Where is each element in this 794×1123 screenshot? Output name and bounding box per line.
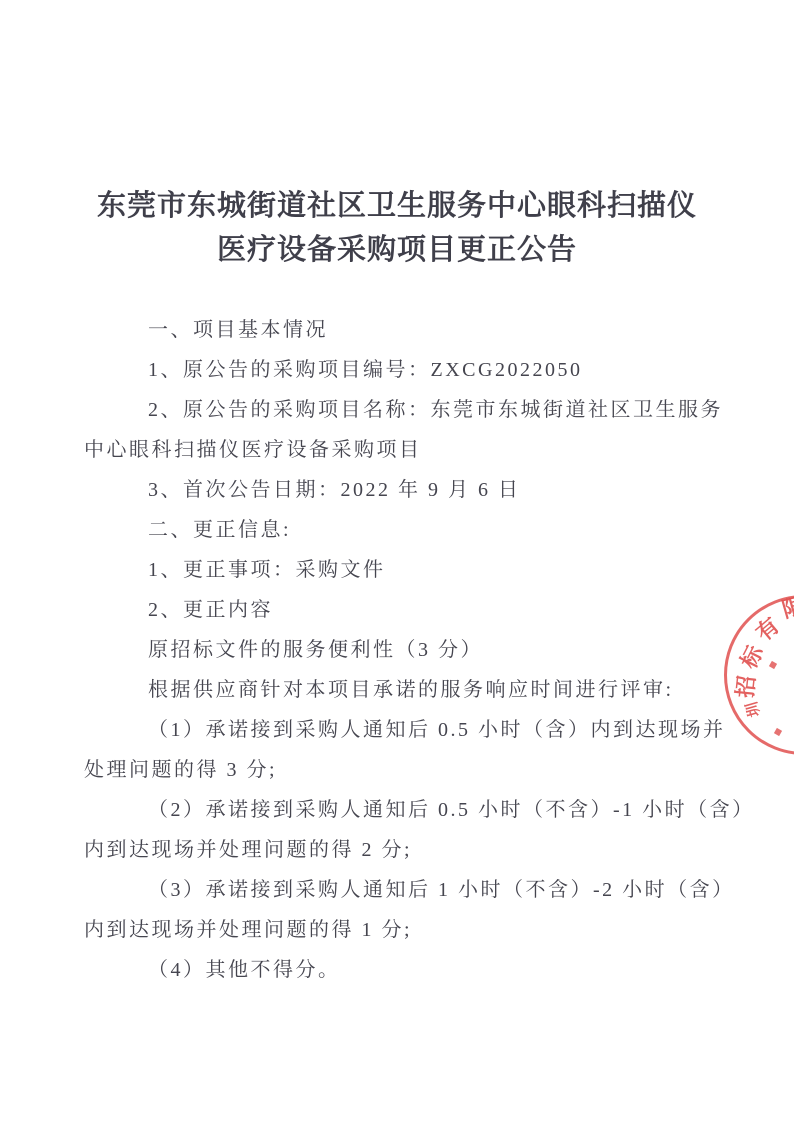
document-line: （3）承诺接到采购人通知后 1 小时（不含）-2 小时（含） (84, 870, 718, 910)
document-body: 一、项目基本情况1、原公告的采购项目编号：ZXCG20220502、原公告的采购… (84, 310, 718, 990)
document-line: 2、原公告的采购项目名称：东莞市东城街道社区卫生服务 (84, 390, 718, 430)
page-title-line-1: 东莞市东城街道社区卫生服务中心眼科扫描仪 (0, 184, 794, 228)
seal-star-fragment (769, 661, 777, 669)
document-line: 3、首次公告日期：2022 年 9 月 6 日 (84, 470, 718, 510)
seal-character: 圳 (740, 699, 764, 719)
seal-character: 有 (749, 610, 786, 648)
document-line: 处理问题的得 3 分; (84, 750, 718, 790)
document-line: 二、更正信息: (84, 510, 718, 550)
document-line: 2、更正内容 (84, 590, 718, 630)
page-title-line-2: 医疗设备采购项目更正公告 (0, 228, 794, 272)
document-line: 中心眼科扫描仪医疗设备采购项目 (84, 430, 718, 470)
document-line: （2）承诺接到采购人通知后 0.5 小时（不含）-1 小时（含） (84, 790, 718, 830)
document-line: （1）承诺接到采购人通知后 0.5 小时（含）内到达现场并 (84, 710, 718, 750)
seal-character: 限 (778, 589, 794, 625)
document-line: （4）其他不得分。 (84, 950, 718, 990)
document-line: 根据供应商针对本项目承诺的服务响应时间进行评审: (84, 670, 718, 710)
document-line: 一、项目基本情况 (84, 310, 718, 350)
document-page: 东莞市东城街道社区卫生服务中心眼科扫描仪 医疗设备采购项目更正公告 一、项目基本… (0, 0, 794, 1123)
page-title: 东莞市东城街道社区卫生服务中心眼科扫描仪 医疗设备采购项目更正公告 (0, 184, 794, 272)
seal-character: 标 (732, 640, 770, 674)
seal-star-fragment (774, 728, 782, 736)
document-line: 原招标文件的服务便利性（3 分） (84, 630, 718, 670)
document-line: 内到达现场并处理问题的得 2 分; (84, 830, 718, 870)
seal-circle (724, 595, 794, 755)
document-line: 1、原公告的采购项目编号：ZXCG2022050 (84, 350, 718, 390)
document-line: 内到达现场并处理问题的得 1 分; (84, 910, 718, 950)
document-line: 1、更正事项：采购文件 (84, 550, 718, 590)
seal-character: 招 (728, 674, 761, 699)
